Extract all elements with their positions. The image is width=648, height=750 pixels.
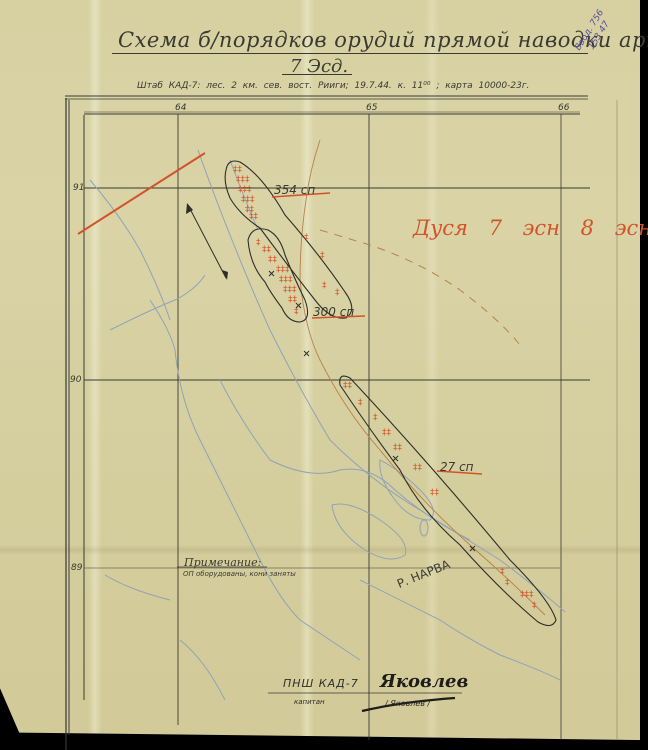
svg-text:‡: ‡ <box>256 238 261 248</box>
svg-text:‡‡: ‡‡ <box>268 255 278 265</box>
unit-label-354: 354 сп <box>274 183 315 197</box>
svg-text:‡‡‡: ‡‡‡ <box>241 195 255 205</box>
svg-text:‡: ‡ <box>322 281 327 291</box>
svg-text:‡‡‡: ‡‡‡ <box>276 265 290 275</box>
svg-text:‡: ‡ <box>294 307 299 317</box>
svg-text:‡‡: ‡‡ <box>343 381 353 391</box>
svg-text:‡‡‡: ‡‡‡ <box>283 285 297 295</box>
grid-label-y-89: 89 <box>71 563 82 573</box>
svg-text:‡: ‡ <box>358 398 363 408</box>
signatory-name: / Яковлев / <box>385 699 430 708</box>
svg-text:‡‡: ‡‡ <box>430 488 440 498</box>
grid-label-x-66: 66 <box>558 103 569 113</box>
svg-text:‡: ‡ <box>320 251 325 261</box>
svg-text:‡‡‡: ‡‡‡ <box>236 175 250 185</box>
signature: Яковлев <box>380 671 468 692</box>
dashed-boundary-line <box>320 230 520 345</box>
svg-text:‡‡‡: ‡‡‡ <box>520 590 534 600</box>
svg-text:‡: ‡ <box>532 601 537 611</box>
svg-text:‡‡: ‡‡ <box>393 443 403 453</box>
map-drawing: ‡‡‡‡‡‡‡‡‡‡‡‡‡‡‡ ‡‡‡‡‡‡‡‡‡‡‡‡‡‡‡‡‡ ‡‡‡‡ ‡… <box>0 0 648 750</box>
svg-text:‡‡‡: ‡‡‡ <box>238 185 252 195</box>
grid-label-y-91: 91 <box>73 183 84 193</box>
unit-label-27: 27 сп <box>440 460 474 474</box>
grid-label-y-90: 90 <box>70 375 81 385</box>
red-handwritten-note: Дуся 7 эсн 8 эсн <box>413 216 648 240</box>
svg-text:‡‡: ‡‡ <box>249 212 259 222</box>
svg-text:‡: ‡ <box>373 413 378 423</box>
svg-text:‡‡‡: ‡‡‡ <box>279 275 293 285</box>
svg-text:‡: ‡ <box>505 578 510 588</box>
note-heading: Примечание: <box>184 556 261 569</box>
signatory-title: ПНШ КАД-7 <box>283 677 359 690</box>
svg-text:‡‡: ‡‡ <box>262 245 272 255</box>
svg-text:‡‡: ‡‡ <box>382 428 392 438</box>
unit-label-300: 300 сп <box>313 305 354 319</box>
grid-label-x-65: 65 <box>366 103 377 113</box>
note-body: ОП оборудованы, кони заняты <box>183 570 296 578</box>
svg-text:‡: ‡ <box>304 233 309 243</box>
svg-text:‡: ‡ <box>500 567 505 577</box>
svg-text:‡: ‡ <box>335 288 340 298</box>
front-line <box>78 153 205 234</box>
road-line <box>300 140 545 615</box>
grid-label-x-64: 64 <box>175 103 186 113</box>
x-markers <box>269 271 475 551</box>
svg-text:‡‡: ‡‡ <box>413 463 423 473</box>
svg-text:‡‡: ‡‡ <box>233 165 243 175</box>
signatory-rank: капитан <box>294 698 325 706</box>
